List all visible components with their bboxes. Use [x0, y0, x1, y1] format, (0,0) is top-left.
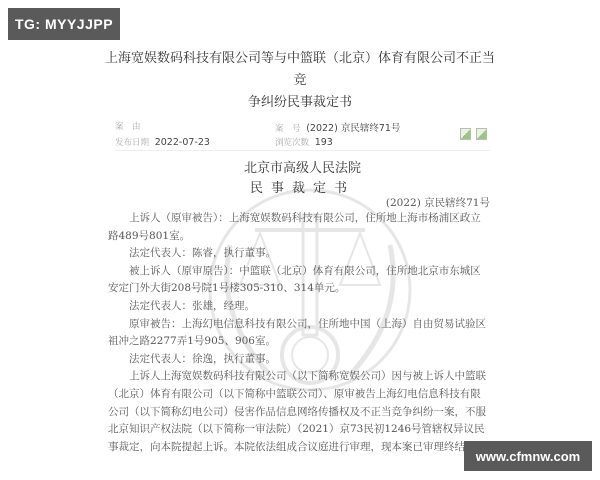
document-meta: 案 由 案 号 (2022) 京民辖终71号 发布日期 2022-07-23 浏… [115, 118, 490, 151]
article-title-line-2: 争纠纷民事裁定书 [100, 92, 500, 114]
meta-publish-date: 发布日期 2022-07-23 [115, 136, 210, 148]
paragraph-appellant-rep: 法定代表人：陈睿，执行董事。 [108, 245, 490, 263]
paragraph-appellant: 上诉人（原审被告）：上海宽娱数码科技有限公司，住所地上海市杨浦区政立路489号8… [108, 210, 490, 245]
paragraph-appellee-rep: 法定代表人：张雄，经理。 [108, 298, 490, 316]
meta-case-number-label: 案 号 [275, 124, 301, 134]
document-case-number: (2022) 京民辖终71号 [386, 195, 490, 210]
meta-cause-label: 案 由 [115, 122, 141, 132]
watermark-tag-badge: TG: MYYJJPP [8, 8, 120, 40]
broken-image-icon[interactable] [460, 128, 471, 140]
meta-views: 浏览次数 193 [275, 136, 333, 148]
paragraph-defendant: 原审被告：上海幻电信息科技有限公司，住所地中国（上海）自由贸易试验区祖冲之路22… [108, 316, 490, 351]
meta-views-label: 浏览次数 [275, 138, 309, 148]
article-title-line-1: 上海宽娱数码科技有限公司等与中篮联（北京）体育有限公司不正当竞 [100, 48, 500, 92]
meta-case-number-value: (2022) 京民辖终71号 [306, 123, 400, 134]
paragraph-case-summary: 上诉人上海宽娱数码科技有限公司（以下简称宽娱公司）因与被上诉人中篮联（北京）体育… [108, 368, 490, 456]
paragraph-defendant-rep: 法定代表人：徐逸，执行董事。 [108, 351, 490, 369]
broken-image-icon[interactable] [476, 128, 487, 140]
judgment-document: 北京市高级人民法院 民事裁定书 (2022) 京民辖终71号 上诉人（原审被告）… [115, 155, 490, 425]
court-name: 北京市高级人民法院 [115, 157, 490, 176]
meta-views-value: 193 [315, 137, 333, 148]
meta-publish-date-label: 发布日期 [115, 138, 149, 148]
meta-cause: 案 由 [115, 120, 144, 132]
paragraph-appellee: 被上诉人（原审原告）：中篮联（北京）体育有限公司，住所地北京市东城区安定门外大街… [108, 263, 490, 298]
document-type: 民事裁定书 [115, 177, 490, 196]
meta-case-number: 案 号 (2022) 京民辖终71号 [275, 120, 400, 134]
document-body: 上诉人（原审被告）：上海宽娱数码科技有限公司，住所地上海市杨浦区政立路489号8… [108, 210, 490, 456]
meta-icons [460, 128, 487, 140]
watermark-site-badge: www.cfmnw.com [464, 441, 592, 471]
meta-publish-date-value: 2022-07-23 [155, 137, 210, 148]
article-title: 上海宽娱数码科技有限公司等与中篮联（北京）体育有限公司不正当竞 争纠纷民事裁定书 [100, 48, 500, 114]
